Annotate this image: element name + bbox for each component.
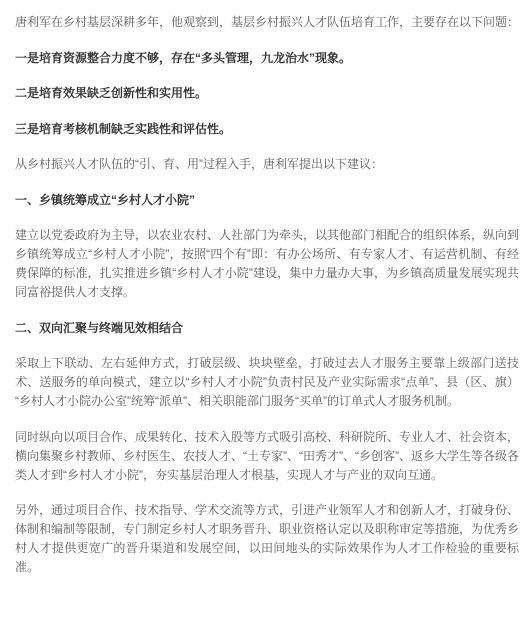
paragraph-transition: 从乡村振兴人才队伍的“引、育、用”过程入手，唐利军提出以下建议： [15,155,519,174]
page: 唐利军在乡村基层深耕多年，他观察到，基层乡村振兴人才队伍培育工作，主要存在以下问… [0,0,532,624]
paragraph-suggestion-1: 建立以党委政府为主导，以农业农村、人社部门为牵头，以其他部门相配合的组织体系，纵… [15,226,519,302]
paragraph-suggestion-2c: 另外，通过项目合作、技术指导、学术交流等方式，引进产业领军人才和创新人才，打破身… [15,501,519,577]
section-heading-2: 二、双向汇聚与终端见效相结合 [15,319,519,338]
paragraph-intro: 唐利军在乡村基层深耕多年，他观察到，基层乡村振兴人才队伍培育工作，主要存在以下问… [15,13,519,32]
paragraph-problem-1: 一是培育资源整合力度不够，存在“多头管理，九龙治水”现象。 [15,49,519,68]
paragraph-suggestion-2b: 同时纵向以项目合作、成果转化、技术入股等方式吸引高校、科研院所、专业人才、社会资… [15,428,519,485]
section-heading-1: 一、乡镇统筹成立“乡村人才小院” [15,191,519,210]
paragraph-problem-3: 三是培育考核机制缺乏实践性和评估性。 [15,120,519,139]
paragraph-suggestion-2a: 采取上下联动、左右延伸方式，打破层级、块块壁垒，打破过去人才服务主要靠上级部门送… [15,354,519,411]
article-body: 唐利军在乡村基层深耕多年，他观察到，基层乡村振兴人才队伍培育工作，主要存在以下问… [0,0,532,614]
paragraph-problem-2: 二是培育效果缺乏创新性和实用性。 [15,84,519,103]
